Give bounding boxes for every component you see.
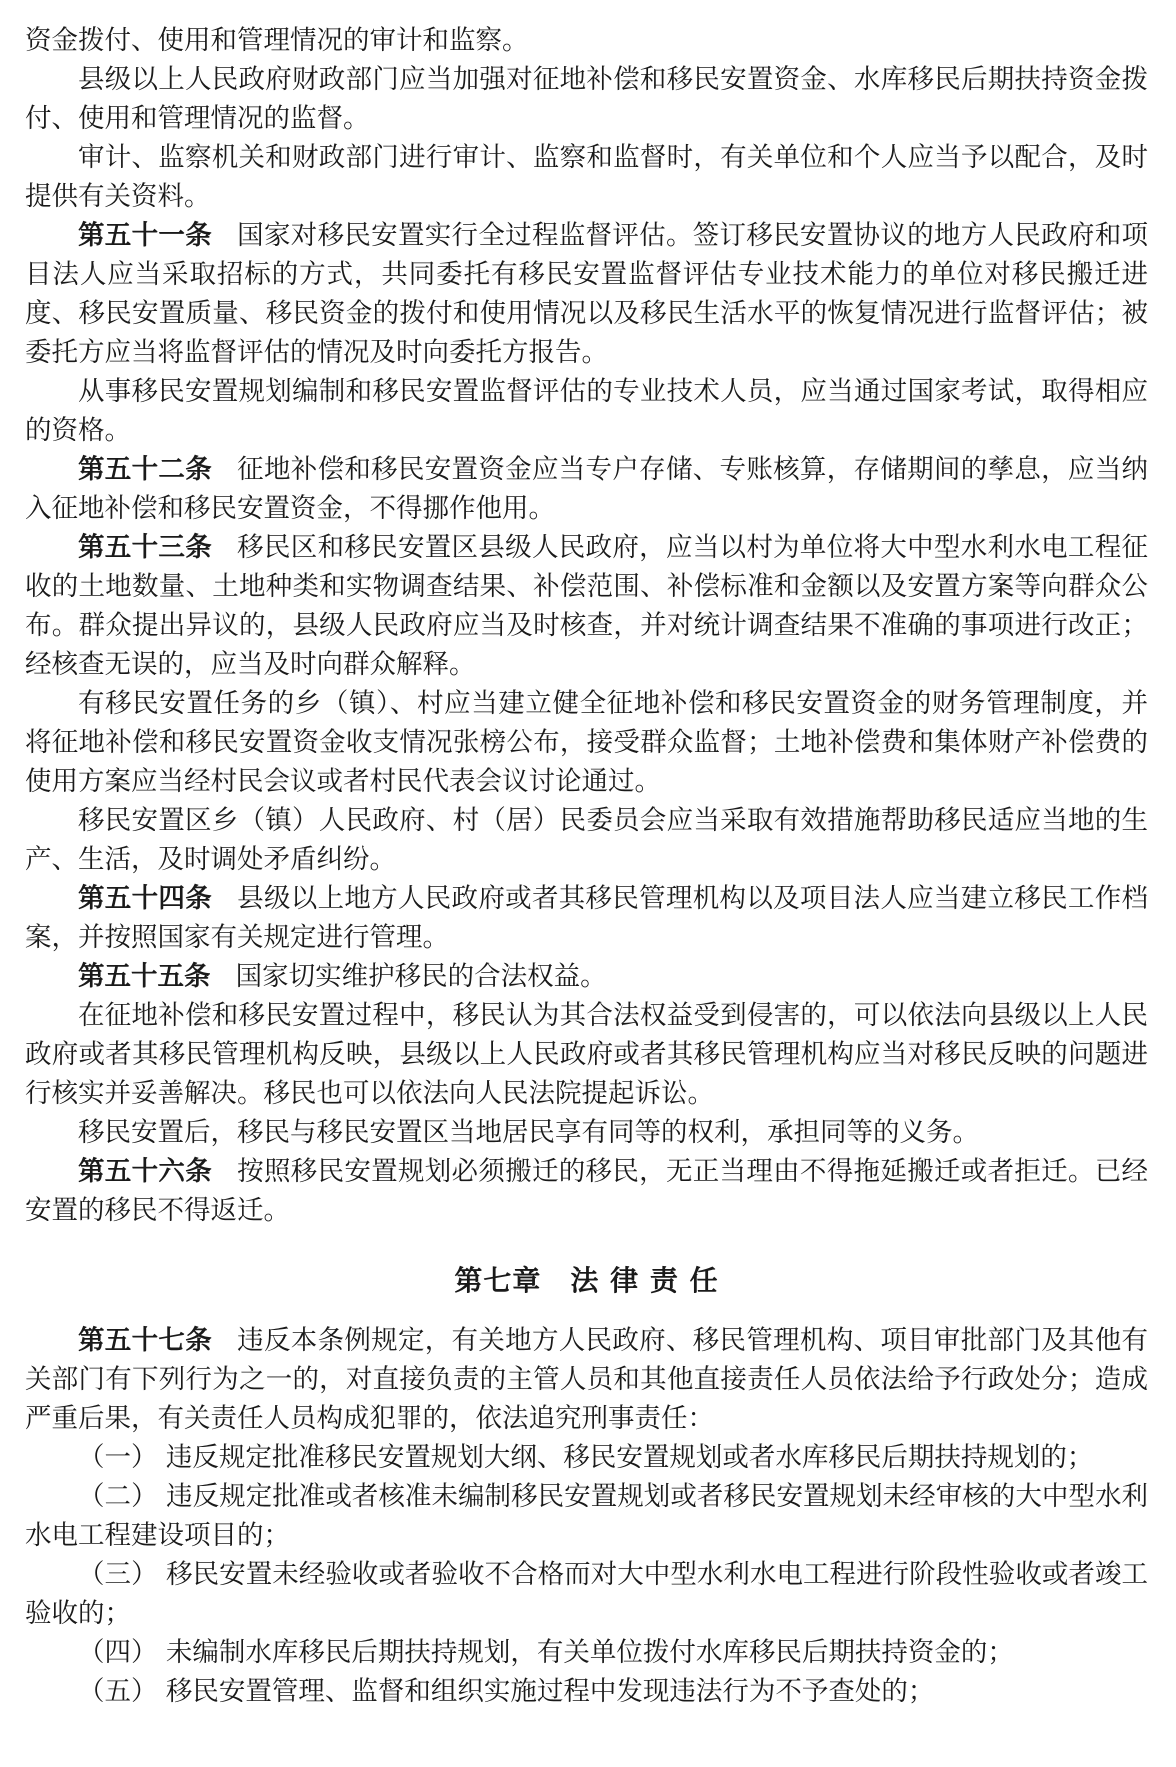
paragraph-text: （二） 违反规定批准或者核准未编制移民安置规划或者移民安置规划未经审核的大中型水… <box>25 1481 1148 1551</box>
paragraph-text: 审计、监察机关和财政部门进行审计、监察和监督时，有关单位和个人应当予以配合，及时… <box>25 142 1148 212</box>
paragraph-text: 国家切实维护移民的合法权益。 <box>236 961 607 992</box>
paragraph: （四） 未编制水库移民后期扶持规划，有关单位拨付水库移民后期扶持资金的； <box>25 1633 1148 1672</box>
article-paragraph: 第五十五条国家切实维护移民的合法权益。 <box>25 957 1148 996</box>
document-page: 资金拨付、使用和管理情况的审计和监察。县级以上人民政府财政部门应当加强对征地补偿… <box>0 0 1176 1767</box>
paragraph-text: （五） 移民安置管理、监督和组织实施过程中发现违法行为不予查处的； <box>78 1676 934 1707</box>
article-paragraph: 第五十二条征地补偿和移民安置资金应当专户存储、专账核算，存储期间的孳息，应当纳入… <box>25 450 1148 528</box>
article-number: 第五十七条 <box>78 1325 212 1356</box>
article-paragraph: 第五十七条违反本条例规定，有关地方人民政府、移民管理机构、项目审批部门及其他有关… <box>25 1321 1148 1438</box>
paragraph-text: （三） 移民安置未经验收或者验收不合格而对大中型水利水电工程进行阶段性验收或者竣… <box>25 1559 1148 1629</box>
article-paragraph: 第五十一条国家对移民安置实行全过程监督评估。签订移民安置协议的地方人民政府和项目… <box>25 216 1148 372</box>
chapter-heading: 第七章 法 律 责 任 <box>25 1261 1148 1300</box>
paragraph-text: （四） 未编制水库移民后期扶持规划，有关单位拨付水库移民后期扶持资金的； <box>78 1637 1014 1668</box>
paragraph: 县级以上人民政府财政部门应当加强对征地补偿和移民安置资金、水库移民后期扶持资金拨… <box>25 60 1148 138</box>
article-paragraph: 第五十四条县级以上地方人民政府或者其移民管理机构以及项目法人应当建立移民工作档案… <box>25 879 1148 957</box>
article-paragraph: 第五十六条按照移民安置规划必须搬迁的移民，无正当理由不得拖延搬迁或者拒迁。已经安… <box>25 1152 1148 1230</box>
paragraph-text: 县级以上人民政府财政部门应当加强对征地补偿和移民安置资金、水库移民后期扶持资金拨… <box>25 64 1148 134</box>
paragraph-text: （一） 违反规定批准移民安置规划大纲、移民安置规划或者水库移民后期扶持规划的； <box>78 1442 1093 1473</box>
document-body: 资金拨付、使用和管理情况的审计和监察。县级以上人民政府财政部门应当加强对征地补偿… <box>25 21 1148 1711</box>
paragraph: 在征地补偿和移民安置过程中，移民认为其合法权益受到侵害的，可以依法向县级以上人民… <box>25 996 1148 1113</box>
article-number: 第五十三条 <box>78 532 212 563</box>
paragraph-text: 移民安置后，移民与移民安置区当地居民享有同等的权利，承担同等的义务。 <box>78 1117 979 1148</box>
paragraph: 移民安置区乡（镇）人民政府、村（居）民委员会应当采取有效措施帮助移民适应当地的生… <box>25 801 1148 879</box>
paragraph: （二） 违反规定批准或者核准未编制移民安置规划或者移民安置规划未经审核的大中型水… <box>25 1477 1148 1555</box>
article-number: 第五十五条 <box>78 961 211 992</box>
paragraph: 从事移民安置规划编制和移民安置监督评估的专业技术人员，应当通过国家考试，取得相应… <box>25 372 1148 450</box>
paragraph: （五） 移民安置管理、监督和组织实施过程中发现违法行为不予查处的； <box>25 1672 1148 1711</box>
paragraph-text: 在征地补偿和移民安置过程中，移民认为其合法权益受到侵害的，可以依法向县级以上人民… <box>25 1000 1148 1109</box>
article-number: 第五十二条 <box>78 454 212 485</box>
paragraph: 审计、监察机关和财政部门进行审计、监察和监督时，有关单位和个人应当予以配合，及时… <box>25 138 1148 216</box>
paragraph: （三） 移民安置未经验收或者验收不合格而对大中型水利水电工程进行阶段性验收或者竣… <box>25 1555 1148 1633</box>
paragraph-text: 从事移民安置规划编制和移民安置监督评估的专业技术人员，应当通过国家考试，取得相应… <box>25 376 1148 446</box>
paragraph: 移民安置后，移民与移民安置区当地居民享有同等的权利，承担同等的义务。 <box>25 1113 1148 1152</box>
paragraph: 有移民安置任务的乡（镇）、村应当建立健全征地补偿和移民安置资金的财务管理制度，并… <box>25 684 1148 801</box>
article-paragraph: 第五十三条移民区和移民安置区县级人民政府，应当以村为单位将大中型水利水电工程征收… <box>25 528 1148 684</box>
paragraph: （一） 违反规定批准移民安置规划大纲、移民安置规划或者水库移民后期扶持规划的； <box>25 1438 1148 1477</box>
paragraph-text: 资金拨付、使用和管理情况的审计和监察。 <box>25 25 529 56</box>
paragraph: 资金拨付、使用和管理情况的审计和监察。 <box>25 21 1148 60</box>
article-number: 第五十四条 <box>78 883 212 914</box>
paragraph-text: 移民安置区乡（镇）人民政府、村（居）民委员会应当采取有效措施帮助移民适应当地的生… <box>25 805 1148 875</box>
article-number: 第五十一条 <box>78 220 212 251</box>
article-number: 第五十六条 <box>78 1156 212 1187</box>
paragraph-text: 有移民安置任务的乡（镇）、村应当建立健全征地补偿和移民安置资金的财务管理制度，并… <box>25 688 1148 797</box>
